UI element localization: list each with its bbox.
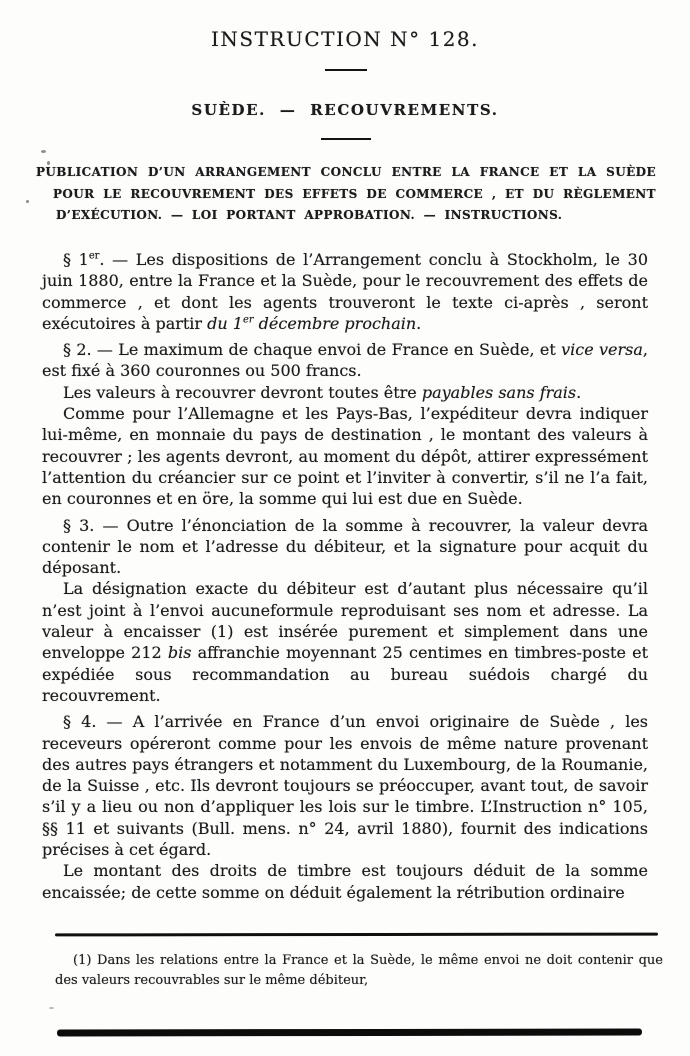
title-separator-rule — [325, 69, 367, 71]
paragraph-section-2-valeurs: Les valeurs à recouvrer devront toutes ê… — [42, 382, 648, 403]
scan-noise — [41, 150, 46, 153]
paragraph-section-2-allemagne: Comme pour l’Allemagne et les Pays-Bas, … — [42, 403, 648, 509]
paragraph-section-4: § 4. — A l’arrivée en France d’un envoi … — [42, 711, 648, 860]
subject-line: PUBLICATION D’UN ARRANGEMENT CONCLU ENTR… — [36, 162, 656, 184]
document-body: § 1er. — Les dispositions de l’Arrangeme… — [42, 249, 648, 903]
scan-noise — [49, 1007, 54, 1009]
subject-heading: PUBLICATION D’UN ARRANGEMENT CONCLU ENTR… — [36, 162, 656, 227]
document-page: INSTRUCTION N° 128. SUÈDE. — RECOUVREMEN… — [0, 0, 690, 1056]
page-edge-artifact — [57, 1028, 642, 1036]
paragraph-section-2: § 2. — Le maximum de chaque envoi de Fra… — [42, 339, 648, 382]
paragraph-section-3: § 3. — Outre l’énonciation de la somme à… — [42, 515, 648, 579]
subject-line: D’EXÉCUTION. — LOI PORTANT APPROBATION. … — [36, 205, 656, 227]
footnote: (1) Dans les relations entre la France e… — [55, 951, 663, 990]
section-heading: SUÈDE. — RECOUVREMENTS. — [0, 101, 690, 119]
doc-title: INSTRUCTION N° 128. — [0, 27, 690, 51]
scan-noise — [47, 161, 50, 165]
scan-noise — [26, 200, 29, 203]
subject-line: POUR LE RECOUVREMENT DES EFFETS DE COMME… — [36, 184, 656, 206]
footnote-separator-rule — [55, 933, 658, 937]
paragraph-section-3-designation: La désignation exacte du débiteur est d’… — [42, 578, 648, 706]
section-separator-rule — [321, 138, 371, 140]
paragraph-section-1: § 1er. — Les dispositions de l’Arrangeme… — [42, 249, 648, 334]
paragraph-section-4-montant: Le montant des droits de timbre est touj… — [42, 860, 648, 903]
